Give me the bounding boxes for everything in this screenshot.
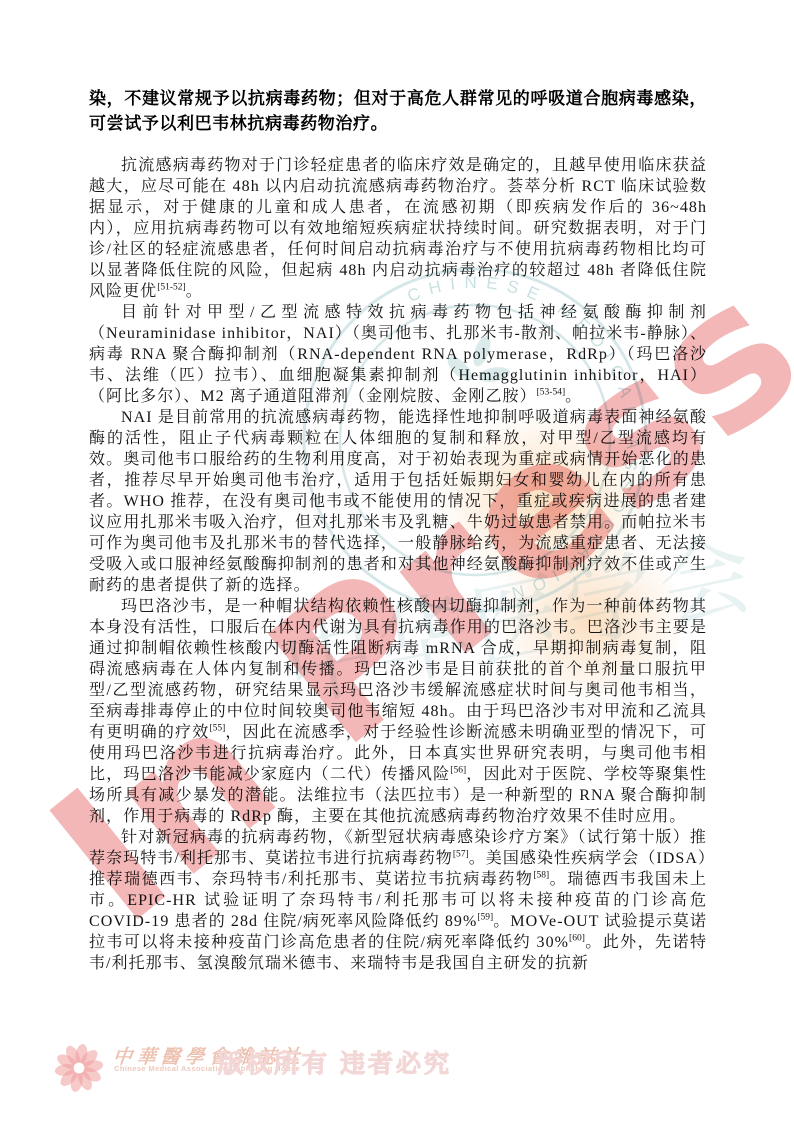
paragraph: NAI 是目前常用的抗流感病毒药物，能选择性地抑制呼吸道病毒表面神经氨酸酶的活性… [89,407,707,596]
reference-superscript: [59] [477,913,493,923]
reference-superscript: [51-52] [157,283,186,293]
reference-superscript: [53-54] [537,388,566,398]
body-paragraphs: 抗流感病毒药物对于门诊轻症患者的临床疗效是确定的，且越早使用临床获益越大，应尽可… [89,155,707,974]
copyright-notice: 版权所有 违者必究 [218,1044,452,1080]
reference-superscript: [56] [450,766,466,776]
reference-superscript: [60] [569,934,585,944]
bold-heading: 染，不建议常规予以抗病毒药物；但对于高危人群常见的呼吸道合胞病毒感染，可尝试予以… [89,86,707,136]
page-footer: 中華醫學會雜誌社 Chinese Medical Association Pub… [0,1035,794,1105]
reference-superscript: [57] [453,850,469,860]
paragraph: 针对新冠病毒的抗病毒药物，《新型冠状病毒感染诊疗方案》（试行第十版）推荐奈玛特韦… [89,827,707,974]
document-content: 染，不建议常规予以抗病毒药物；但对于高危人群常见的呼吸道合胞病毒感染，可尝试予以… [89,86,707,974]
reference-superscript: [58] [533,871,549,881]
cma-flower-logo-icon [52,1041,106,1095]
paragraph: 抗流感病毒药物对于门诊轻症患者的临床疗效是确定的，且越早使用临床获益越大，应尽可… [89,155,707,302]
paragraph: 玛巴洛沙韦，是一种帽状结构依赖性核酸内切酶抑制剂，作为一种前体药物其本身没有活性… [89,596,707,827]
reference-superscript: [55] [209,724,225,734]
document-page: CHINESE MEDICAL ASSOCIATION 中华医学会 染，不建议常… [0,0,794,1123]
paragraph: 目前针对甲型/乙型流感特效抗病毒药物包括神经氨酸酶抑制剂（Neuraminida… [89,302,707,407]
